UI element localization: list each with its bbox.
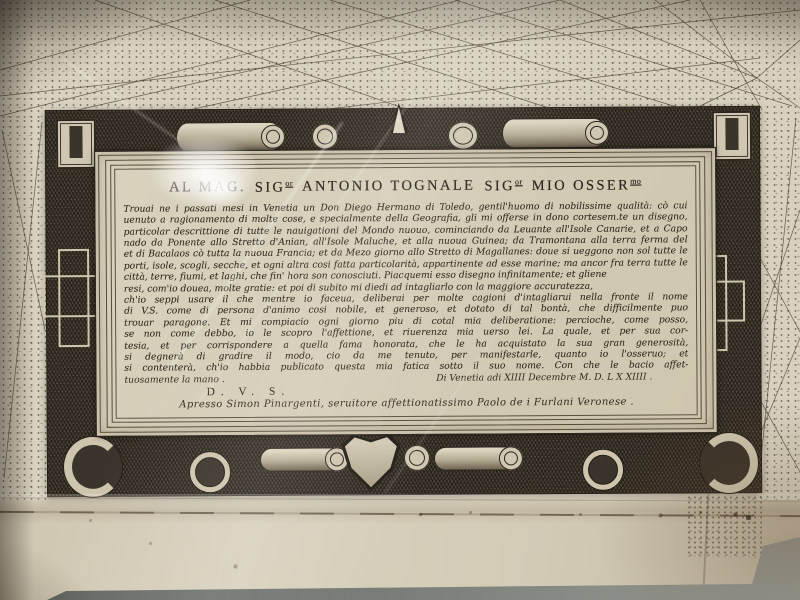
title-part: SIGor	[255, 179, 293, 197]
corner-plaque-left	[56, 119, 96, 169]
title-part: MIO OSSERmo	[532, 177, 642, 195]
circle-boss	[190, 452, 230, 492]
corner-plaque-right	[712, 111, 752, 161]
dedication-letter: Trouai ne i passati mesi in Venetia un D…	[123, 200, 688, 374]
ink-spots	[0, 0, 1, 1]
imprint-line: Apresso Simon Pinargenti, seruitore affe…	[125, 396, 689, 410]
sea-stipple-right	[757, 104, 800, 500]
sea-stipple-left	[0, 118, 48, 500]
photo-antique-map-cartouche: AL MAG. SIGor ANTONIO TOGNALE SIGor MIO …	[0, 0, 800, 600]
scroll-roll-ornament	[502, 118, 606, 149]
glare-reflection-blob	[192, 166, 250, 210]
pelta-ornament-right	[700, 433, 758, 493]
circle-boss	[583, 450, 623, 490]
pelta-ornament-left	[64, 437, 122, 497]
title-part: SIGor	[484, 177, 522, 195]
spiral-curl-ornament	[448, 122, 478, 150]
scroll-roll-ornament	[260, 447, 346, 472]
stain-speckle-patch	[686, 495, 762, 557]
sea-stipple-top	[0, 0, 800, 122]
scroll-roll-ornament	[434, 446, 520, 471]
title-part: ANTONIO TOGNALE	[302, 178, 475, 197]
